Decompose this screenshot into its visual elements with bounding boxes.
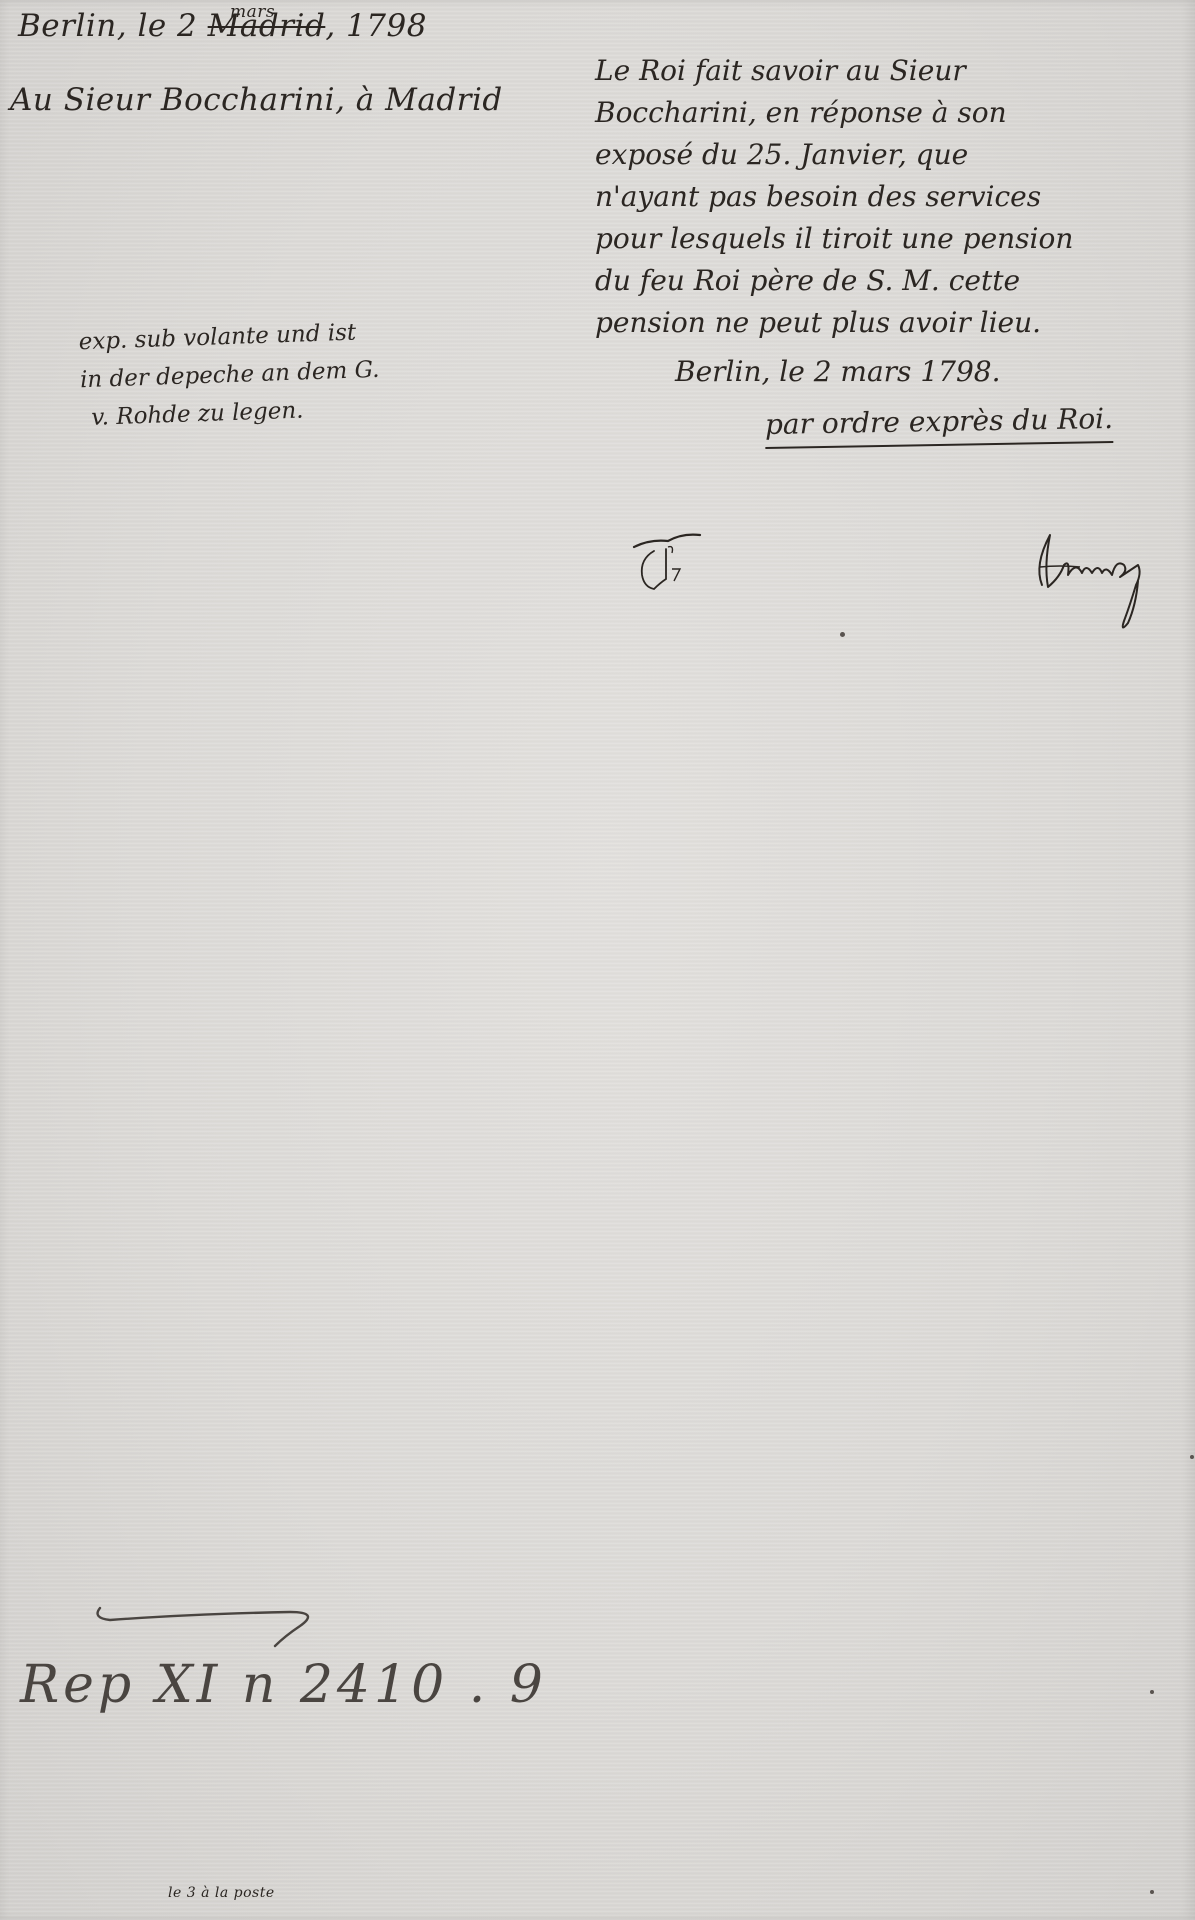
signature-glyph-icon — [1020, 525, 1170, 635]
marginal-note: exp. sub volante und ist in der depeche … — [78, 313, 381, 437]
initials-mark — [630, 525, 710, 595]
letter-line: pension ne peut plus avoir lieu. — [595, 302, 1185, 344]
header-date-suffix: , 1798 — [325, 8, 427, 44]
footer-note: le 3 à la poste — [168, 1885, 275, 1901]
header-inserted-word: mars — [230, 2, 275, 22]
letter-line: Boccharini, en réponse à son — [595, 92, 1185, 134]
initials-glyph-icon — [630, 525, 710, 595]
letter-line: n'ayant pas besoin des services — [595, 176, 1185, 218]
letter-line: du feu Roi père de S. M. cette — [595, 260, 1185, 302]
letter-date-line: Berlin, le 2 mars 1798. — [675, 355, 1000, 388]
letter-order-line: par ordre exprès du Roi. — [765, 402, 1114, 449]
ink-speck — [1150, 1690, 1154, 1694]
ink-speck — [1190, 1455, 1194, 1459]
flourish-line-icon — [90, 1600, 330, 1660]
archive-shelfmark: Rep XI n 2410 . 9 — [20, 1655, 547, 1715]
header-date-prefix: Berlin, le 2 — [18, 8, 197, 44]
signature — [1020, 525, 1170, 635]
ink-speck — [840, 632, 845, 637]
letter-line: Le Roi fait savoir au Sieur — [595, 50, 1185, 92]
letter-line: exposé du 25. Janvier, que — [595, 134, 1185, 176]
letter-line: pour lesquels il tiroit une pension — [595, 218, 1185, 260]
archive-flourish — [90, 1600, 330, 1660]
manuscript-page: Berlin, le 2 Madrid, 1798 mars Au Sieur … — [0, 0, 1195, 1920]
header-addressee: Au Sieur Boccharini, à Madrid — [10, 82, 503, 118]
letter-body: Le Roi fait savoir au Sieur Boccharini, … — [595, 50, 1185, 344]
ink-speck — [1150, 1890, 1154, 1894]
header-date-line: Berlin, le 2 Madrid, 1798 mars — [18, 8, 427, 44]
